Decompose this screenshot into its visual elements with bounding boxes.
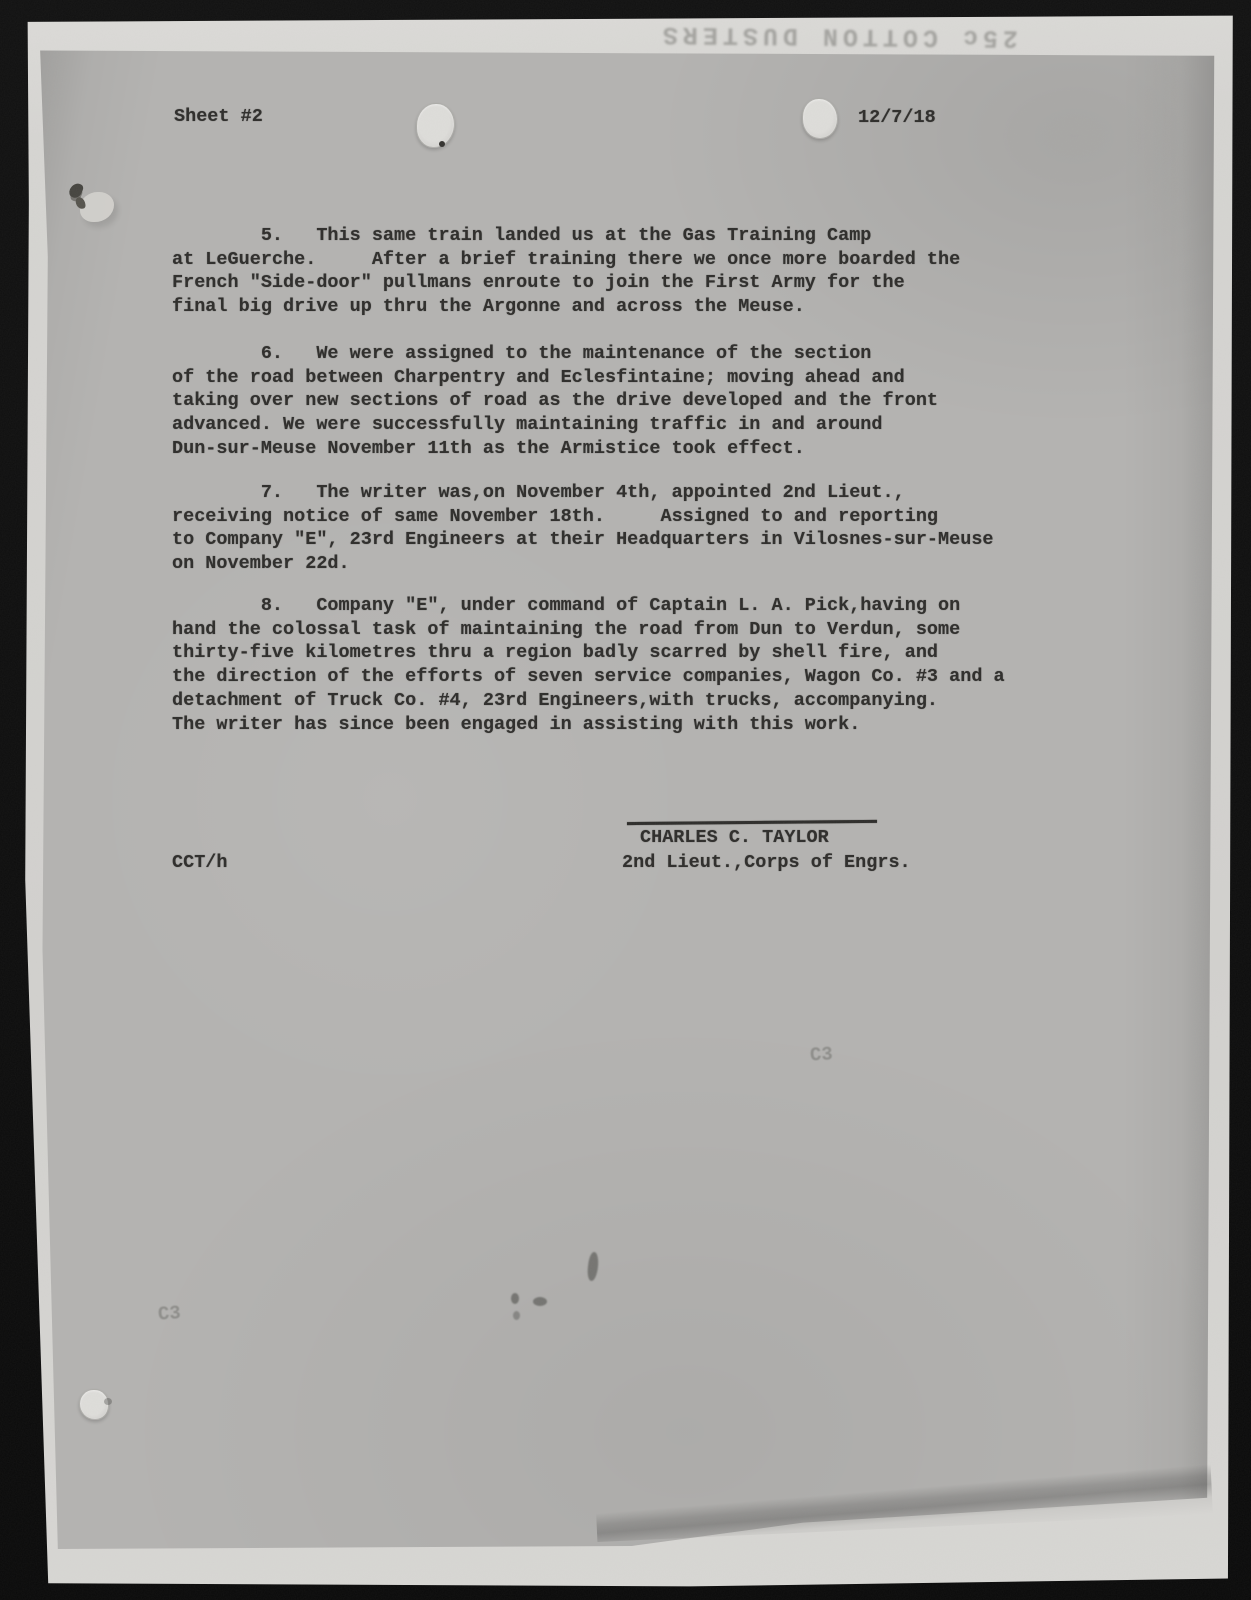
paragraph-5: 5. This same train landed us at the Gas … — [172, 224, 960, 319]
paragraph-line: of the road between Charpentry and Ecles… — [172, 366, 938, 390]
punch-hole-top-right — [802, 98, 838, 139]
paragraph-line: the direction of the efforts of seven se… — [172, 665, 1005, 689]
document-date: 12/7/18 — [858, 107, 936, 128]
paragraph-7: 7. The writer was,on November 4th, appoi… — [172, 481, 994, 576]
paragraph-line: French "Side-door" pullmans enroute to j… — [172, 271, 960, 295]
paragraph-line: final big drive up thru the Argonne and … — [172, 295, 960, 319]
signature-overline — [627, 820, 877, 825]
ink-smudge — [533, 1297, 547, 1306]
smudge-dot — [104, 1398, 112, 1405]
paragraph-line: advanced. We were successfully maintaini… — [172, 413, 938, 437]
paragraph-line: The writer has since been engaged in ass… — [172, 713, 1005, 737]
paragraph-8: 8. Company "E", under command of Captain… — [172, 594, 1005, 736]
pencil-mark: C3 — [157, 1302, 181, 1326]
signature-name: CHARLES C. TAYLOR — [640, 827, 829, 848]
typist-initials: CCT/h — [172, 852, 228, 873]
signature-title: 2nd Lieut.,Corps of Engrs. — [622, 852, 911, 873]
paragraph-line: thirty-five kilometres thru a region bad… — [172, 641, 1005, 665]
paragraph-6: 6. We were assigned to the maintenance o… — [172, 342, 938, 461]
sheet-label: Sheet #2 — [174, 106, 263, 127]
paragraph-line: at LeGuerche. After a brief training the… — [172, 248, 960, 272]
paragraph-line: on November 22d. — [172, 552, 994, 576]
paragraph-line: to Company "E", 23rd Engineers at their … — [172, 528, 994, 552]
ink-dot — [439, 141, 445, 147]
scanned-document-page: 25c COTTON DUSTERS Sheet #2 12/7/18 5. T… — [0, 0, 1251, 1600]
paragraph-line: 8. Company "E", under command of Captain… — [172, 594, 1005, 618]
punch-hole-bottom-left — [79, 1389, 109, 1420]
paragraph-line: detachment of Truck Co. #4, 23rd Enginee… — [172, 689, 1005, 713]
ink-smudge — [513, 1311, 520, 1320]
paragraph-line: 5. This same train landed us at the Gas … — [172, 224, 960, 248]
paragraph-line: 7. The writer was,on November 4th, appoi… — [172, 481, 994, 505]
paragraph-line: receiving notice of same November 18th. … — [172, 505, 994, 529]
ink-smudge — [511, 1293, 519, 1304]
paragraph-line: Dun-sur-Meuse November 11th as the Armis… — [172, 437, 938, 461]
paragraph-line: hand the colossal task of maintaining th… — [172, 618, 1005, 642]
typed-content: Sheet #2 12/7/18 5. This same train land… — [0, 0, 1251, 1600]
paragraph-line: taking over new sections of road as the … — [172, 389, 938, 413]
paragraph-line: 6. We were assigned to the maintenance o… — [172, 342, 938, 366]
pencil-mark: C3 — [809, 1043, 833, 1066]
